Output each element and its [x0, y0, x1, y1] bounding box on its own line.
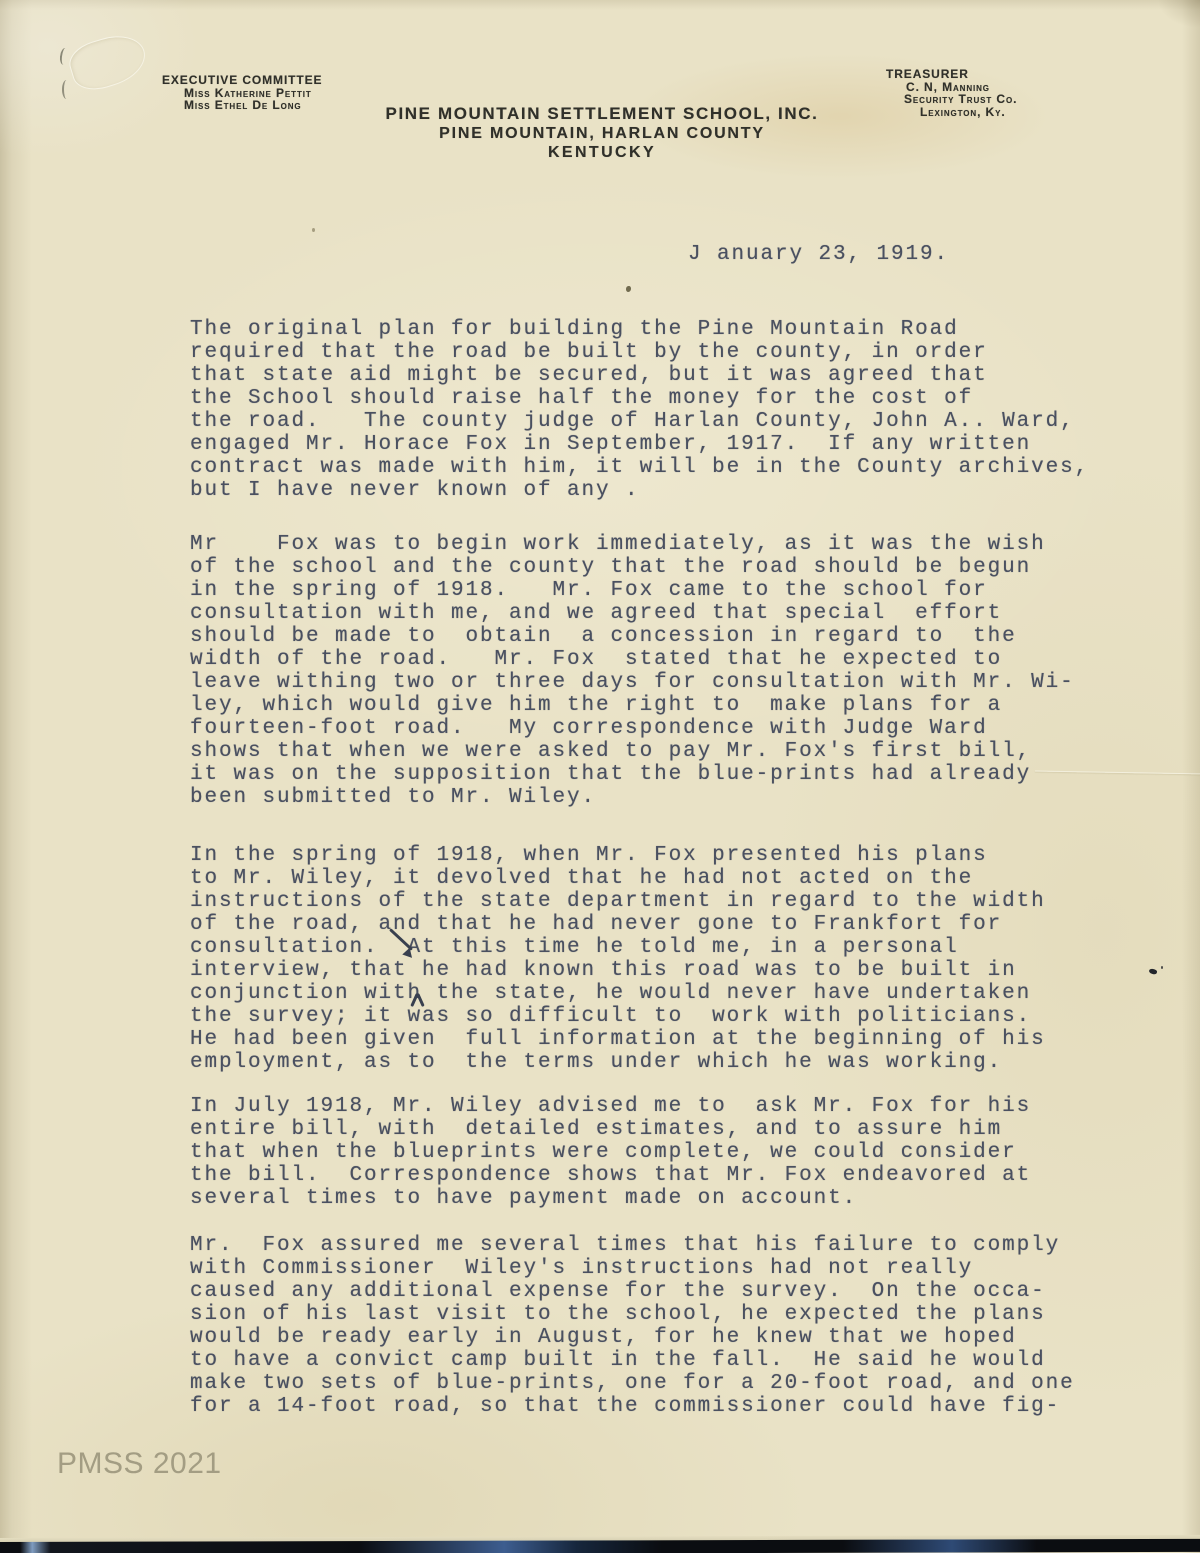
- paragraph-4: In July 1918, Mr. Wiley advised me to as…: [190, 1095, 1031, 1210]
- text-line: He had been given full information at th…: [190, 1028, 1046, 1051]
- text-line: make two sets of blue-prints, one for a …: [190, 1372, 1075, 1395]
- text-line: In July 1918, Mr. Wiley advised me to as…: [190, 1095, 1031, 1118]
- ink-speck: [1148, 968, 1157, 975]
- letterhead-executive-committee-block: EXECUTIVE COMMITTEE Miss Katherine Petti…: [162, 74, 322, 112]
- treasurer-title: TREASURER: [886, 68, 1017, 81]
- staple-mark: [62, 80, 71, 99]
- date-line: J anuary 23, 1919.: [688, 243, 949, 266]
- text-line: the bill. Correspondence shows that Mr. …: [190, 1164, 1031, 1187]
- executive-committee-title: EXECUTIVE COMMITTEE: [162, 74, 322, 87]
- paragraph-2: Mr Fox was to begin work immediately, as…: [190, 533, 1075, 809]
- text-line: the survey; it was so difficult to work …: [190, 1005, 1046, 1028]
- watermark: PMSS 2021: [57, 1447, 222, 1481]
- letterhead-organization-block: PINE MOUNTAIN SETTLEMENT SCHOOL, INC. PI…: [340, 104, 864, 162]
- text-line: several times to have payment made on ac…: [190, 1187, 1031, 1210]
- text-line: employment, as to the terms under which …: [190, 1051, 1046, 1074]
- text-line: to Mr. Wiley, it devolved that he had no…: [190, 867, 1046, 890]
- text-line: instructions of the state department in …: [190, 890, 1046, 913]
- text-line: contract was made with him, it will be i…: [190, 456, 1089, 479]
- text-line: to have a convict camp built in the fall…: [190, 1349, 1075, 1372]
- text-line: Mr Fox was to begin work immediately, as…: [190, 533, 1075, 556]
- document-page: EXECUTIVE COMMITTEE Miss Katherine Petti…: [0, 0, 1200, 1553]
- text-line: it was on the supposition that the blue-…: [190, 763, 1075, 786]
- treasurer-city: Lexington, Ky.: [920, 106, 1017, 119]
- paragraph-5: Mr. Fox assured me several times that hi…: [190, 1234, 1075, 1418]
- text-line: been submitted to Mr. Wiley.: [190, 786, 1075, 809]
- text-line: interview, that he had known this road w…: [190, 959, 1046, 982]
- text-line: width of the road. Mr. Fox stated that h…: [190, 648, 1075, 671]
- ink-speck: [312, 228, 315, 232]
- text-line: in the spring of 1918. Mr. Fox came to t…: [190, 579, 1075, 602]
- treasurer-company: Security Trust Co.: [904, 93, 1017, 106]
- text-line: the School should raise half the money f…: [190, 387, 1089, 410]
- text-line: of the school and the county that the ro…: [190, 556, 1075, 579]
- text-line: would be ready early in August, for he k…: [190, 1326, 1075, 1349]
- text-line: leave withing two or three days for cons…: [190, 671, 1075, 694]
- text-line: fourteen-foot road. My correspondence wi…: [190, 717, 1075, 740]
- text-line: entire bill, with detailed estimates, an…: [190, 1118, 1031, 1141]
- text-line: required that the road be built by the c…: [190, 341, 1089, 364]
- text-line: of the road, and that he had never gone …: [190, 913, 1046, 936]
- organization-state: KENTUCKY: [340, 143, 864, 162]
- text-line: that state aid might be secured, but it …: [190, 364, 1089, 387]
- paragraph-3: In the spring of 1918, when Mr. Fox pres…: [190, 844, 1046, 1074]
- organization-name: PINE MOUNTAIN SETTLEMENT SCHOOL, INC.: [340, 104, 864, 124]
- organization-location: PINE MOUNTAIN, HARLAN COUNTY: [340, 124, 864, 143]
- text-line: caused any additional expense for the su…: [190, 1280, 1075, 1303]
- ink-speck: [626, 286, 631, 292]
- text-line: should be made to obtain a concession in…: [190, 625, 1075, 648]
- text-line: for a 14-foot road, so that the commissi…: [190, 1395, 1075, 1418]
- text-line: shows that when we were asked to pay Mr.…: [190, 740, 1075, 763]
- text-line: Mr. Fox assured me several times that hi…: [190, 1234, 1075, 1257]
- text-line: conjunction with the state, he would nev…: [190, 982, 1046, 1005]
- text-line: with Commissioner Wiley's instructions h…: [190, 1257, 1075, 1280]
- text-line: engaged Mr. Horace Fox in September, 191…: [190, 433, 1089, 456]
- text-line: sion of his last visit to the school, he…: [190, 1303, 1075, 1326]
- scanner-background-edge: [0, 1539, 1200, 1553]
- text-line: ley, which would give him the right to m…: [190, 694, 1075, 717]
- text-line: the road. The county judge of Harlan Cou…: [190, 410, 1089, 433]
- text-line: but I have never known of any .: [190, 479, 1089, 502]
- ink-speck: [1161, 966, 1163, 969]
- paragraph-1: The original plan for building the Pine …: [190, 318, 1089, 502]
- paper-crease-mark: [65, 28, 152, 96]
- text-line: consultation with me, and we agreed that…: [190, 602, 1075, 625]
- text-line: The original plan for building the Pine …: [190, 318, 1089, 341]
- text-line: consultation. At this time he told me, i…: [190, 936, 1046, 959]
- text-line: that when the blueprints were complete, …: [190, 1141, 1031, 1164]
- text-line: In the spring of 1918, when Mr. Fox pres…: [190, 844, 1046, 867]
- letterhead-treasurer-block: TREASURER C. N, Manning Security Trust C…: [886, 68, 1017, 118]
- committee-member-name: Miss Ethel De Long: [184, 99, 322, 112]
